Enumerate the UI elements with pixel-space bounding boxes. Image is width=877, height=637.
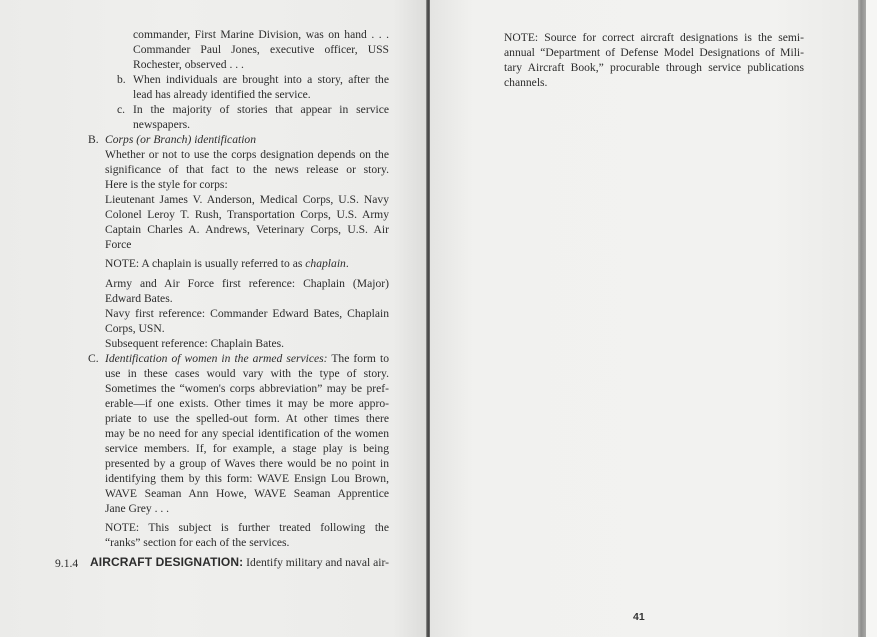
text-line: commander, First Marine Division, was on… bbox=[133, 27, 389, 42]
section-heading-corps: Corps (or Branch) identification bbox=[105, 132, 256, 147]
section-marker-C: C. bbox=[88, 351, 99, 366]
example-line: Lieutenant James V. Anderson, Medical Co… bbox=[105, 192, 389, 207]
note-text: . bbox=[346, 257, 349, 270]
text-line: significance of that fact to the news re… bbox=[105, 162, 389, 177]
right-page: NOTE: Source for correct aircraft design… bbox=[430, 0, 858, 637]
text-line: may be no need for any special identific… bbox=[105, 426, 389, 441]
note-text: NOTE: A chaplain is usually referred to … bbox=[105, 257, 305, 270]
example-line: Captain Charles A. Andrews, Veterinary C… bbox=[105, 222, 389, 237]
text-line: Commander Paul Jones, executive officer,… bbox=[133, 42, 389, 57]
section-number: 9.1.4 bbox=[55, 556, 78, 571]
text-line: In the majority of stories that appear i… bbox=[133, 102, 389, 117]
list-marker-c: c. bbox=[117, 102, 125, 117]
text-line: erable—if one exists. Other times it may… bbox=[105, 396, 389, 411]
text-line: Rochester, observed . . . bbox=[133, 57, 244, 72]
note-ranks: “ranks” section for each of the services… bbox=[105, 535, 289, 550]
text: The form to bbox=[328, 352, 389, 365]
section-marker-B: B. bbox=[88, 132, 99, 147]
text-line: Subsequent reference: Chaplain Bates. bbox=[105, 336, 284, 351]
text-line: newspapers. bbox=[133, 117, 190, 132]
text-line: Edward Bates. bbox=[105, 291, 173, 306]
text-line: use in these cases would vary with the t… bbox=[105, 366, 389, 381]
text-line: identifying them by this form: WAVE Ensi… bbox=[105, 471, 389, 486]
text-line: Sometimes the “women's corps abbreviatio… bbox=[105, 381, 389, 396]
note-chaplain: NOTE: A chaplain is usually referred to … bbox=[105, 256, 349, 271]
text-line: Here is the style for corps: bbox=[105, 177, 228, 192]
example-line: Colonel Leroy T. Rush, Transportation Co… bbox=[105, 207, 389, 222]
section-heading: AIRCRAFT DESIGNATION: bbox=[90, 555, 243, 569]
text: Identify military and naval air- bbox=[243, 556, 389, 569]
note-line: tary Aircraft Book,” procurable through … bbox=[504, 60, 804, 75]
left-page: commander, First Marine Division, was on… bbox=[0, 0, 427, 637]
text-line: Navy first reference: Commander Edward B… bbox=[105, 306, 389, 321]
text-line: Army and Air Force first reference: Chap… bbox=[105, 276, 389, 291]
page-edge-strip bbox=[866, 0, 877, 637]
note-ranks: NOTE: This subject is further treated fo… bbox=[105, 520, 389, 535]
example-line: Force bbox=[105, 237, 131, 252]
text-line: lead has already identified the service. bbox=[133, 87, 311, 102]
note-line: channels. bbox=[504, 75, 547, 90]
page-edge bbox=[858, 0, 866, 637]
text-line: When individuals are brought into a stor… bbox=[133, 72, 389, 87]
section-first-line: AIRCRAFT DESIGNATION: Identify military … bbox=[90, 555, 389, 570]
text-line: presented by a group of Waves there woul… bbox=[105, 456, 389, 471]
text-line: Whether or not to use the corps designat… bbox=[105, 147, 389, 162]
note-line: annual “Department of Defense Model Desi… bbox=[504, 45, 804, 60]
text-line: Corps, USN. bbox=[105, 321, 165, 336]
text-line: Jane Grey . . . bbox=[105, 501, 169, 516]
page-number: 41 bbox=[633, 611, 645, 623]
list-marker-b: b. bbox=[117, 72, 126, 87]
section-heading-women: Identification of women in the armed ser… bbox=[105, 351, 389, 366]
text-line: service members. If, for example, a stag… bbox=[105, 441, 389, 456]
text-line: priate to use the spelled-out form. At o… bbox=[105, 411, 389, 426]
italic-heading: Identification of women in the armed ser… bbox=[105, 352, 328, 365]
note-italic: chaplain bbox=[305, 257, 346, 270]
text-line: WAVE Seaman Ann Howe, WAVE Seaman Appren… bbox=[105, 486, 389, 501]
note-line: NOTE: Source for correct aircraft design… bbox=[504, 30, 804, 45]
